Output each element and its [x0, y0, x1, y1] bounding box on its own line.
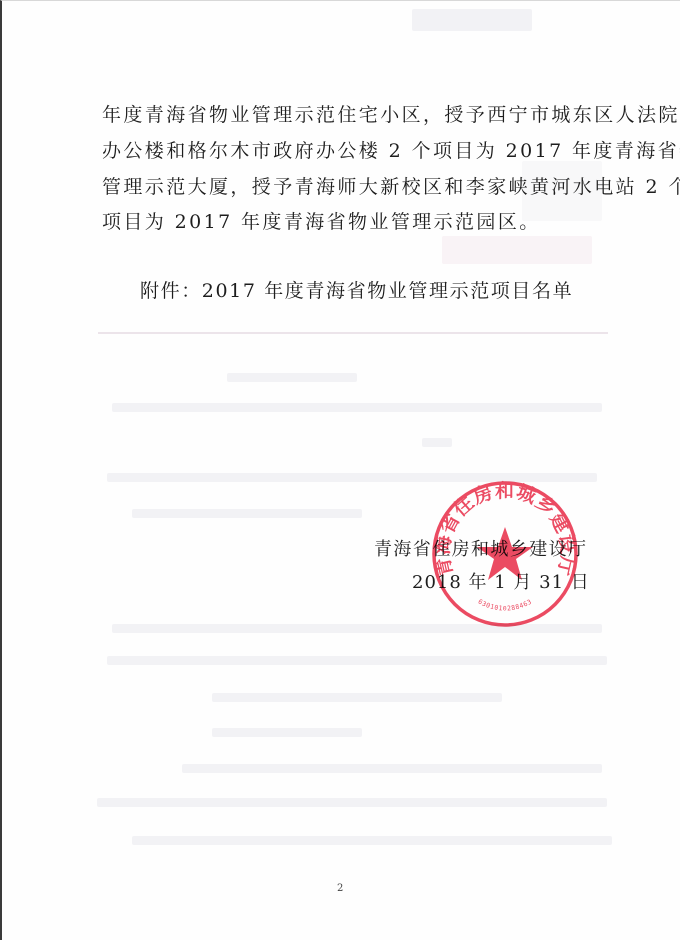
- paragraph-line: 年度青海省物业管理示范住宅小区，授予西宁市城东区人法院: [102, 104, 680, 126]
- official-seal-stamp: 青海省住房和城乡建设厅 6301010288463: [430, 479, 580, 629]
- paragraph-line: 管理示范大厦，授予青海师大新校区和李家峡黄河水电站 2 个: [102, 176, 680, 198]
- document-page: 年度青海省物业管理示范住宅小区，授予西宁市城东区人法院 办公楼和格尔木市政府办公…: [0, 0, 680, 940]
- seal-serial-number: 6301010288463: [477, 598, 534, 613]
- show-through-rule: [98, 332, 608, 334]
- paragraph-line: 办公楼和格尔木市政府办公楼 2 个项目为 2017 年度青海省物业: [102, 140, 680, 162]
- svg-text:6301010288463: 6301010288463: [477, 598, 534, 613]
- attachment-note: 附件：2017 年度青海省物业管理示范项目名单: [140, 280, 573, 302]
- star-icon: [477, 527, 533, 580]
- paragraph-line: 项目为 2017 年度青海省物业管理示范园区。: [102, 211, 541, 233]
- page-number: 2: [337, 883, 343, 894]
